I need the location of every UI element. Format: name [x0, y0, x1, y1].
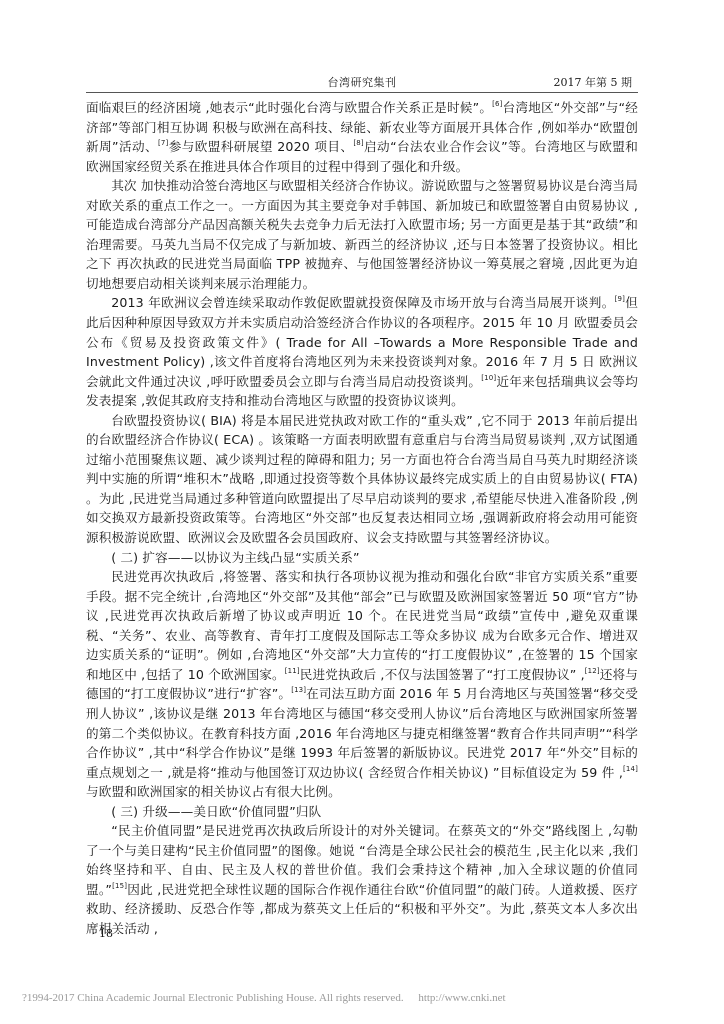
page-number: · 18 ·	[92, 927, 120, 940]
paragraph-text: 其次 加快推动洽签台湾地区与欧盟相关经济合作协议。游说欧盟与之签署贸易协议是台湾…	[86, 178, 638, 291]
paragraph-text: 参与欧盟科研展望 2020 项目、	[168, 139, 353, 154]
running-header: 台湾研究集刊 2017 年第 5 期	[86, 72, 638, 93]
paragraph-text: 2013 年欧洲议会曾连续采取动作敦促欧盟就投资保障及市场开放与台湾当局展开谈判…	[111, 295, 614, 310]
paragraph-text: 民进党执政后 ,不仅与法国签署了“打工度假协议” ,	[300, 667, 585, 682]
citation-ref[interactable]: [13]	[291, 686, 306, 694]
article-body: 面临艰巨的经济困境 ,她表示“此时强化台湾与欧盟合作关系正是时候”。[6]台湾地…	[86, 98, 638, 939]
section-heading: ( 二) 扩容——以协议为主线凸显“实质关系”	[86, 548, 638, 568]
citation-ref[interactable]: [10]	[481, 374, 496, 382]
body-paragraph: “民主价值同盟”是民进党再次执政后所设计的对外关键词。在蔡英文的“外交”路线图上…	[86, 821, 638, 938]
citation-ref[interactable]: [7]	[158, 139, 168, 147]
paragraph-text: 台欧盟投资协议( BIA) 将是本届民进党执政对欧工作的“重头戏” ,它不同于 …	[86, 413, 638, 545]
footer-url-link[interactable]: http://www.cnki.net	[418, 992, 505, 1004]
body-paragraph: 台欧盟投资协议( BIA) 将是本届民进党执政对欧工作的“重头戏” ,它不同于 …	[86, 411, 638, 548]
paragraph-text: 与欧盟和欧洲国家的相关协议占有很大比例。	[86, 784, 341, 799]
citation-ref[interactable]: [11]	[285, 667, 300, 675]
citation-ref[interactable]: [8]	[353, 139, 363, 147]
citation-ref[interactable]: [6]	[492, 100, 502, 108]
citation-ref[interactable]: [14]	[623, 765, 638, 773]
paragraph-text: 民进党再次执政后 ,将签署、落实和执行各项协议视为推动和强化台欧“非官方实质关系…	[86, 569, 638, 682]
body-paragraph: 面临艰巨的经济困境 ,她表示“此时强化台湾与欧盟合作关系正是时候”。[6]台湾地…	[86, 98, 638, 176]
body-paragraph: 2013 年欧洲议会曾连续采取动作敦促欧盟就投资保障及市场开放与台湾当局展开谈判…	[86, 293, 638, 410]
citation-ref[interactable]: [9]	[615, 295, 625, 303]
paragraph-text: 因此 ,民进党把全球性议题的国际合作视作通往台欧“价值同盟”的敲门砖。人道救援、…	[86, 882, 638, 936]
body-paragraph: 民进党再次执政后 ,将签署、落实和执行各项协议视为推动和强化台欧“非官方实质关系…	[86, 567, 638, 802]
citation-ref[interactable]: [12]	[585, 667, 600, 675]
copyright-text: ?1994-2017 China Academic Journal Electr…	[22, 992, 404, 1004]
section-heading: ( 三) 升级——美日欧“价值同盟”归队	[86, 802, 638, 822]
citation-ref[interactable]: [15]	[112, 882, 127, 890]
paragraph-text: 面临艰巨的经济困境 ,她表示“此时强化台湾与欧盟合作关系正是时候”。	[86, 100, 492, 115]
copyright-footer: ?1994-2017 China Academic Journal Electr…	[22, 992, 506, 1004]
issue-number: 2017 年第 5 期	[554, 74, 632, 90]
body-paragraph: 其次 加快推动洽签台湾地区与欧盟相关经济合作协议。游说欧盟与之签署贸易协议是台湾…	[86, 176, 638, 293]
